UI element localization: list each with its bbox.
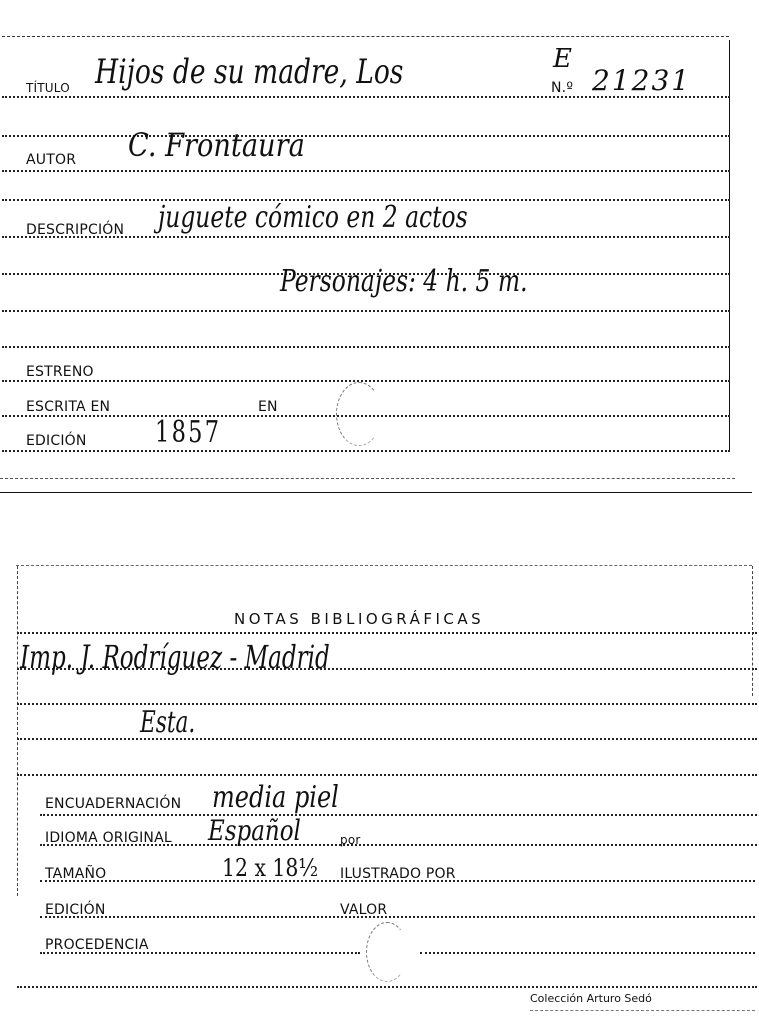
valor-label: VALOR [340, 902, 387, 918]
notas-heading: NOTAS BIBLIOGRÁFICAS [234, 610, 484, 628]
descripcion-value: juguete cómico en 2 actos [158, 200, 468, 235]
tamano-label: TAMAÑO [45, 866, 106, 882]
ilustrado-por-label: ILUSTRADO POR [340, 866, 456, 882]
titulo-value: Hijos de su madre, Los [95, 52, 403, 92]
rule-line [40, 814, 757, 816]
top-card-border-top [2, 36, 729, 37]
rule-line [17, 774, 757, 776]
edicion-bottom-label: EDICIÓN [45, 902, 106, 918]
descripcion-label: DESCRIPCIÓN [26, 222, 124, 238]
numero-label: N.º [551, 80, 573, 96]
rule-line [17, 703, 757, 705]
collection-credit: Colección Arturo Sedó [530, 992, 652, 1005]
titulo-label: TÍTULO [26, 80, 70, 96]
rule-line [17, 738, 757, 740]
note-line-2: Esta. [140, 705, 195, 740]
top-card-border-right [729, 40, 730, 452]
stamp-mark [366, 922, 408, 982]
encuadernacion-value: media piel [212, 780, 339, 815]
top-card-border-bottom [0, 478, 735, 479]
autor-label: AUTOR [26, 152, 76, 168]
tamano-value: 12 x 18½ [222, 854, 318, 882]
card-separator [0, 492, 752, 493]
autor-value: C. Frontaura [128, 126, 305, 164]
procedencia-label: PROCEDENCIA [45, 937, 149, 953]
rule-line [2, 346, 730, 348]
rule-line [2, 310, 730, 312]
idioma-original-label: IDIOMA ORIGINAL [45, 830, 172, 846]
edicion-label: EDICIÓN [26, 433, 87, 449]
rule-line [17, 632, 757, 634]
rule-line [40, 916, 755, 918]
rule-line [2, 450, 730, 452]
por-label: por [340, 832, 361, 848]
bottom-card-border-left [17, 566, 18, 896]
stamp-mark [336, 382, 382, 446]
numero-prefix: E [553, 44, 572, 74]
footer-rule [530, 1010, 755, 1011]
numero-value: 21231 [592, 64, 691, 97]
rule-line [2, 380, 730, 382]
descripcion-value-line2: Personajes: 4 h. 5 m. [280, 264, 528, 299]
bottom-card-border-top [16, 565, 752, 566]
rule-line [420, 952, 755, 954]
note-line-1: Imp. J. Rodríguez - Madrid [20, 638, 330, 676]
encuadernacion-label: ENCUADERNACIÓN [45, 796, 181, 812]
en-label: EN [258, 399, 278, 415]
escrita-en-label: ESCRITA EN [26, 399, 110, 415]
estreno-label: ESTRENO [26, 364, 94, 380]
edicion-value: 1857 [155, 415, 221, 450]
rule-line [2, 135, 730, 137]
idioma-original-value: Español [208, 814, 301, 847]
bottom-card-border-right [752, 566, 753, 696]
rule-line [17, 986, 757, 988]
rule-line [2, 170, 730, 172]
